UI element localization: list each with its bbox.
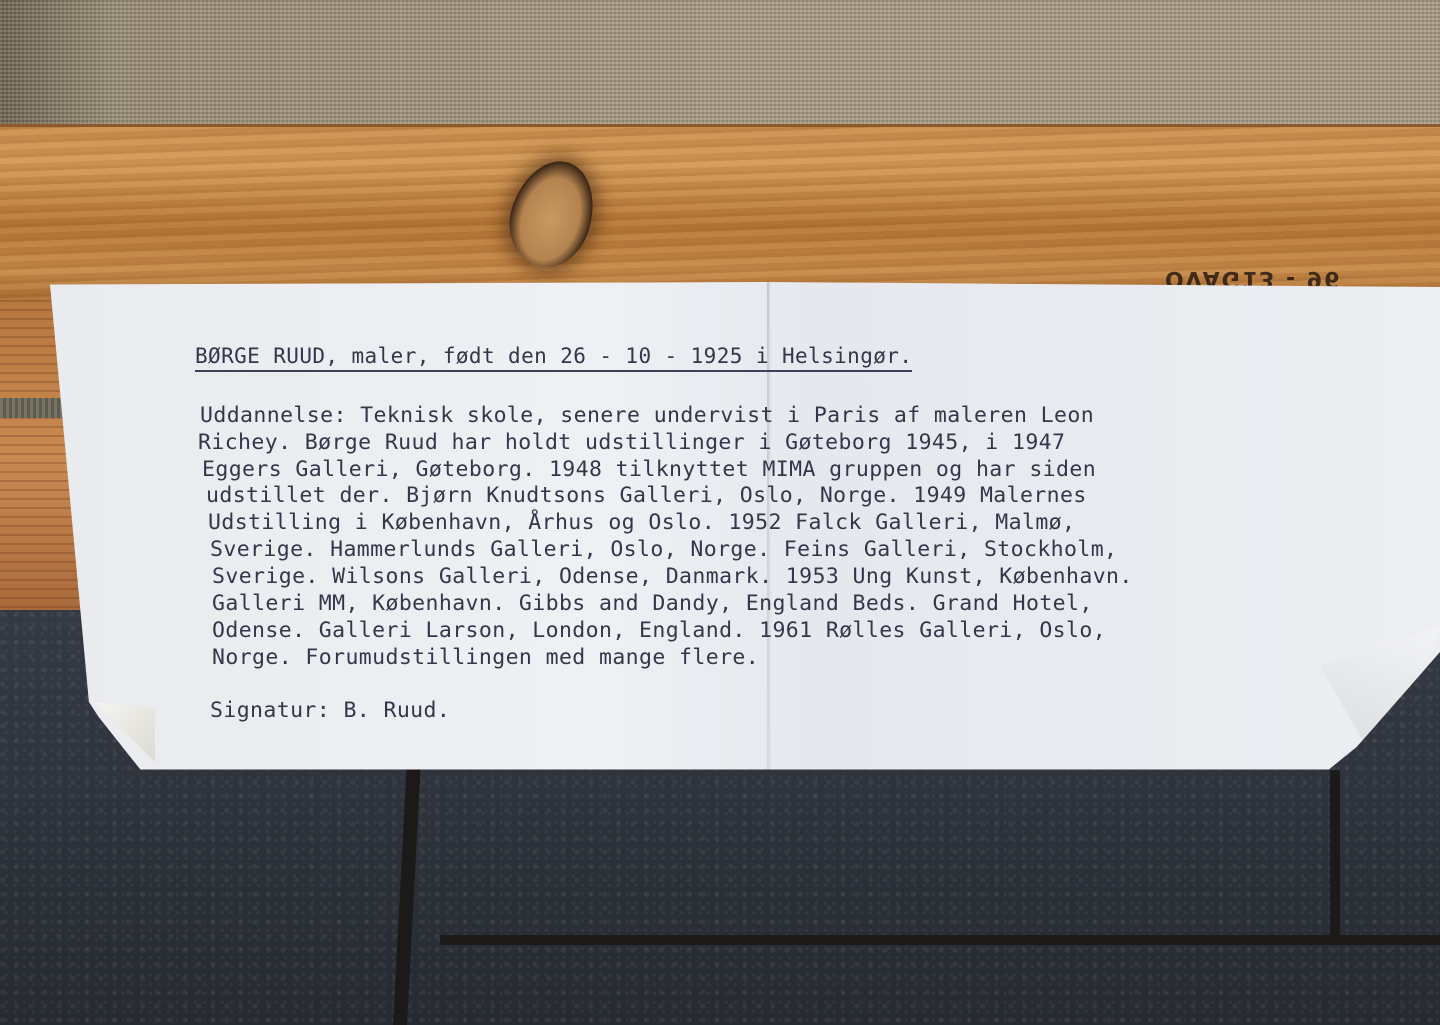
cobble-joint xyxy=(440,935,1440,945)
canvas-linen-back xyxy=(0,0,1440,132)
body-line: Udstilling i København, Århus og Oslo. 1… xyxy=(208,510,1075,535)
body-line: udstillet der. Bjørn Knudtsons Galleri, … xyxy=(206,483,1087,508)
body-line: Odense. Galleri Larson, London, England.… xyxy=(212,618,1106,643)
signature-line: Signatur: B. Ruud. xyxy=(210,698,450,723)
typewritten-label: BØRGE RUUD, maler, født den 26 - 10 - 19… xyxy=(50,272,1440,772)
body-line: Norge. Forumudstillingen med mange flere… xyxy=(212,645,759,670)
body-line: Eggers Galleri, Gøteborg. 1948 tilknytte… xyxy=(202,457,1096,482)
label-heading: BØRGE RUUD, maler, født den 26 - 10 - 19… xyxy=(195,344,912,372)
body-line: Uddannelse: Teknisk skole, senere underv… xyxy=(200,403,1094,428)
cobble-joint xyxy=(1330,770,1340,940)
body-line: Galleri MM, København. Gibbs and Dandy, … xyxy=(212,591,1093,616)
body-line: Sverige. Wilsons Galleri, Odense, Danmar… xyxy=(212,564,1133,589)
body-line: Richey. Børge Ruud har holdt udstillinge… xyxy=(198,430,1065,455)
body-line: Sverige. Hammerlunds Galleri, Oslo, Norg… xyxy=(210,537,1117,562)
